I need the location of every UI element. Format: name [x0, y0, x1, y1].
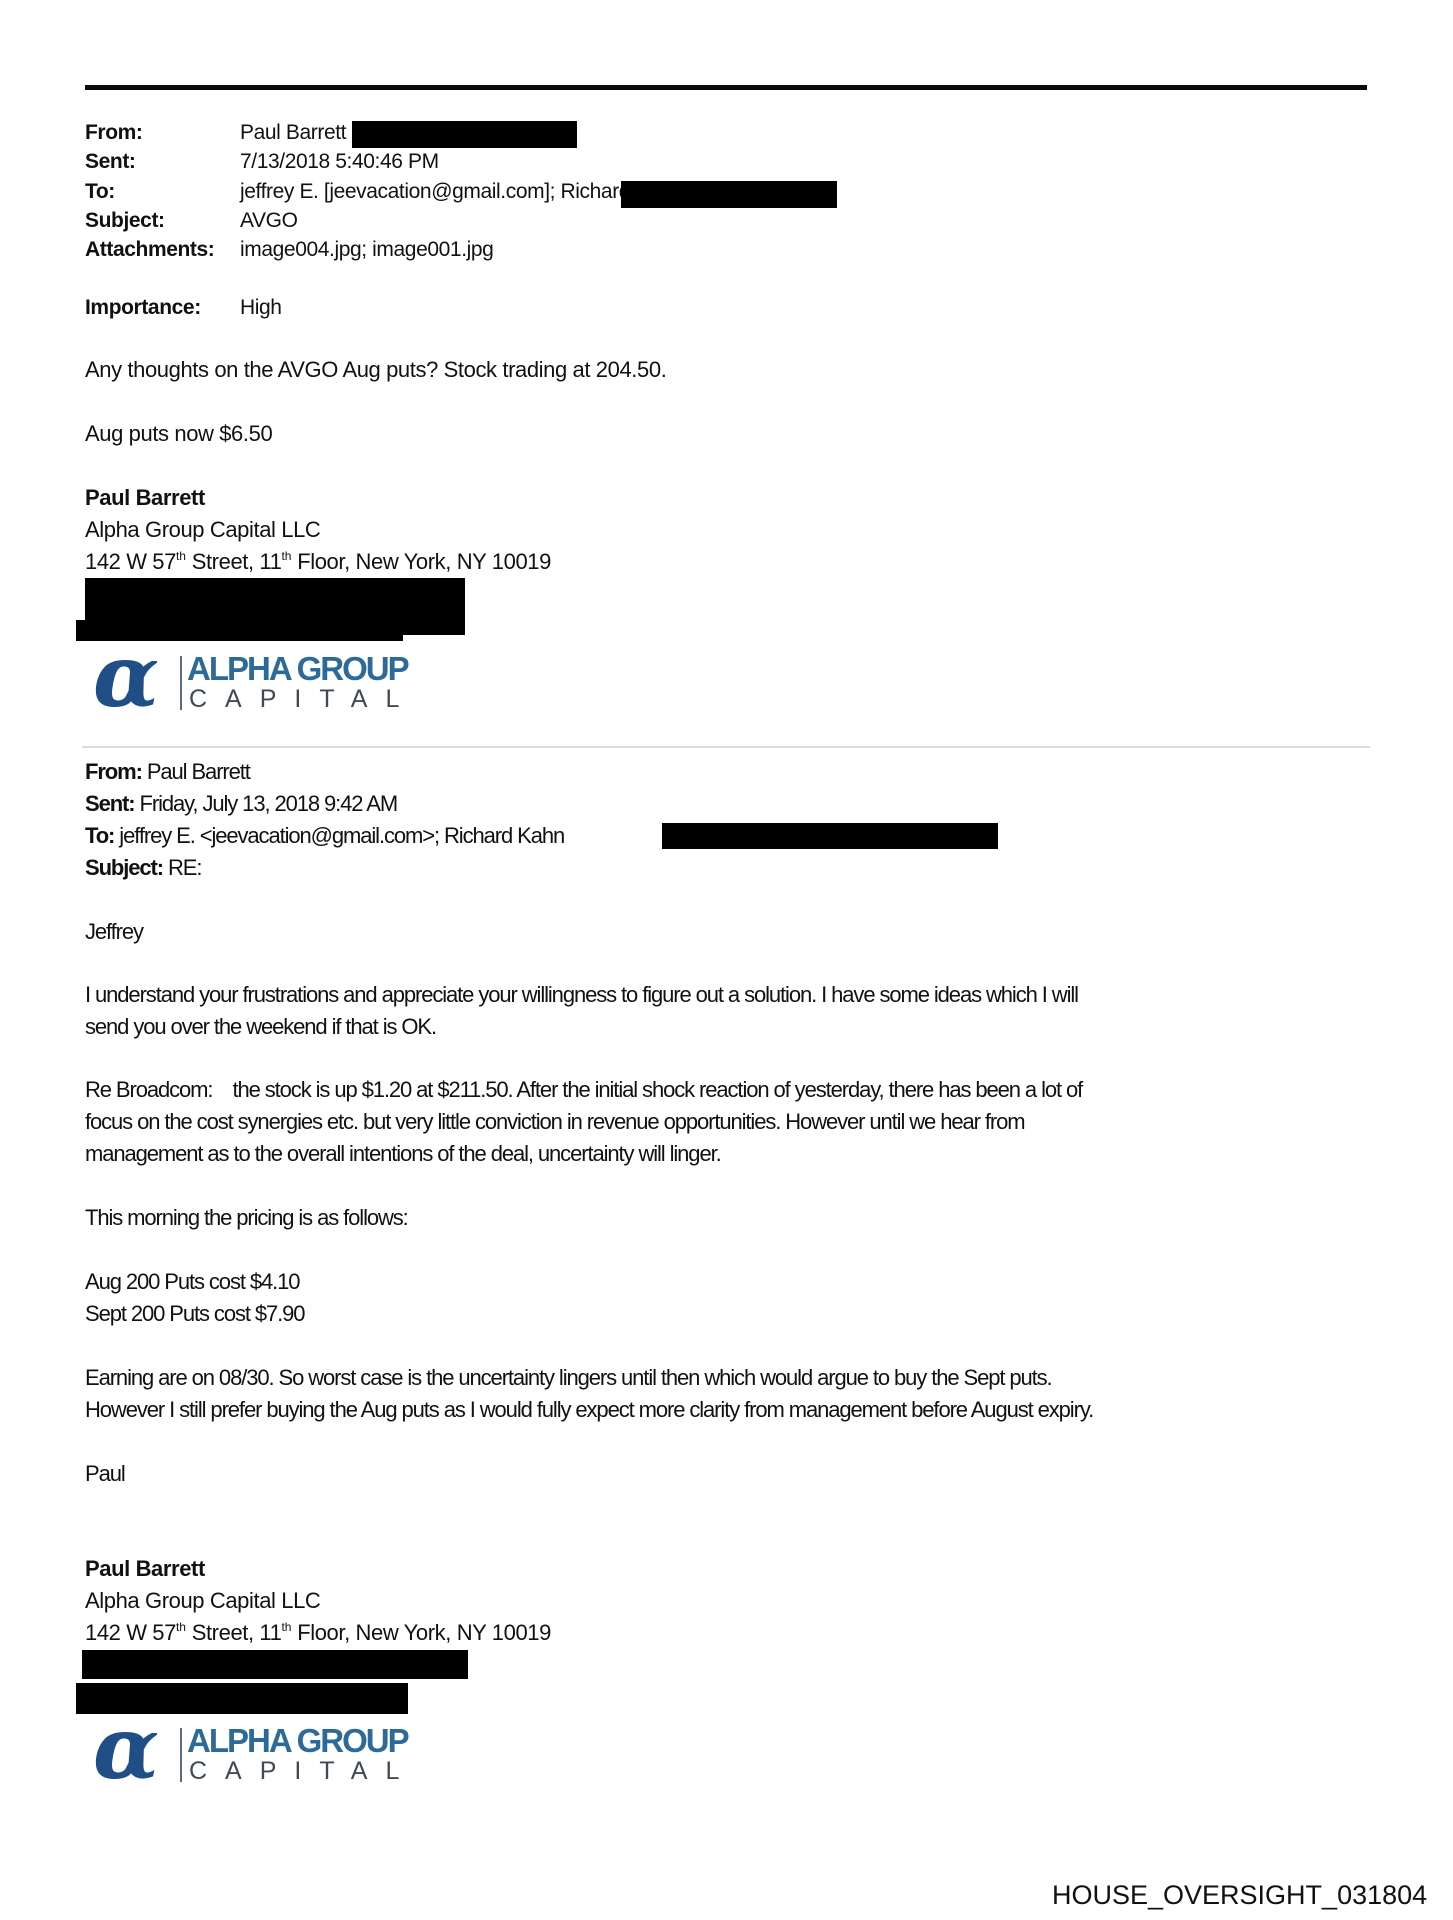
logo-divider	[180, 656, 182, 710]
body-line: Any thoughts on the AVGO Aug puts? Stock…	[85, 357, 666, 383]
sent-value: 7/13/2018 5:40:46 PM	[240, 149, 439, 175]
logo-line2: CAPITAL	[189, 686, 417, 712]
attachments-label: Attachments:	[85, 237, 214, 263]
signature-company: Alpha Group Capital LLC	[85, 517, 320, 543]
pricing-item: Aug 200 Puts cost $4.10	[85, 1269, 299, 1295]
from-line: From: Paul Barrett	[85, 759, 250, 785]
message-separator	[82, 746, 1370, 748]
signature-address: 142 W 57th Street, 11th Floor, New York,…	[85, 549, 551, 575]
logo-line1: ALPHA GROUP	[187, 1724, 408, 1758]
body-line: send you over the weekend if that is OK.	[85, 1014, 436, 1040]
importance-value: High	[240, 295, 282, 321]
pricing-item: Sept 200 Puts cost $7.90	[85, 1301, 304, 1327]
subject-line: Subject: RE:	[85, 855, 201, 881]
top-rule	[85, 85, 1367, 90]
subject-label: Subject:	[85, 208, 165, 234]
greeting: Jeffrey	[85, 919, 143, 945]
importance-label: Importance:	[85, 295, 201, 321]
pricing-intro: This morning the pricing is as follows:	[85, 1205, 408, 1231]
logo-line1: ALPHA GROUP	[187, 652, 408, 686]
to-value: jeffrey E. [jeevacation@gmail.com]; Rich…	[240, 179, 683, 205]
attachments-value[interactable]: image004.jpg; image001.jpg	[240, 237, 493, 263]
body-line: I understand your frustrations and appre…	[85, 982, 1078, 1008]
alpha-group-logo: α ALPHA GROUP CAPITAL	[85, 646, 410, 716]
signature-address: 142 W 57th Street, 11th Floor, New York,…	[85, 1620, 551, 1646]
signoff: Paul	[85, 1461, 125, 1487]
signature-name: Paul Barrett	[85, 1556, 205, 1582]
body-line: focus on the cost synergies etc. but ver…	[85, 1109, 1024, 1135]
subject-value: AVGO	[240, 208, 298, 234]
redaction-from-email	[352, 121, 577, 148]
body-line: Aug puts now $6.50	[85, 421, 272, 447]
body-line: management as to the overall intentions …	[85, 1141, 721, 1167]
bates-number: HOUSE_OVERSIGHT_031804	[1052, 1880, 1427, 1910]
redaction-to-email	[662, 823, 998, 849]
logo-divider	[180, 1728, 182, 1782]
redaction-signature-contact	[82, 1650, 468, 1679]
sent-label: Sent:	[85, 149, 136, 175]
signature-name: Paul Barrett	[85, 485, 205, 511]
body-line: Re Broadcom: the stock is up $1.20 at $2…	[85, 1077, 1082, 1103]
alpha-group-logo: α ALPHA GROUP CAPITAL	[85, 1718, 410, 1788]
sent-line: Sent: Friday, July 13, 2018 9:42 AM	[85, 791, 397, 817]
alpha-glyph-icon: α	[93, 1706, 159, 1792]
body-line: Earning are on 08/30. So worst case is t…	[85, 1365, 1052, 1391]
redaction-to-email	[621, 181, 837, 208]
from-value: Paul Barrett	[240, 120, 346, 146]
to-label: To:	[85, 179, 115, 205]
body-line: However I still prefer buying the Aug pu…	[85, 1397, 1093, 1423]
from-label: From:	[85, 120, 143, 146]
alpha-glyph-icon: α	[93, 634, 159, 720]
signature-company: Alpha Group Capital LLC	[85, 1588, 320, 1614]
to-line: To: jeffrey E. <jeevacation@gmail.com>; …	[85, 823, 564, 849]
logo-line2: CAPITAL	[189, 1758, 417, 1784]
